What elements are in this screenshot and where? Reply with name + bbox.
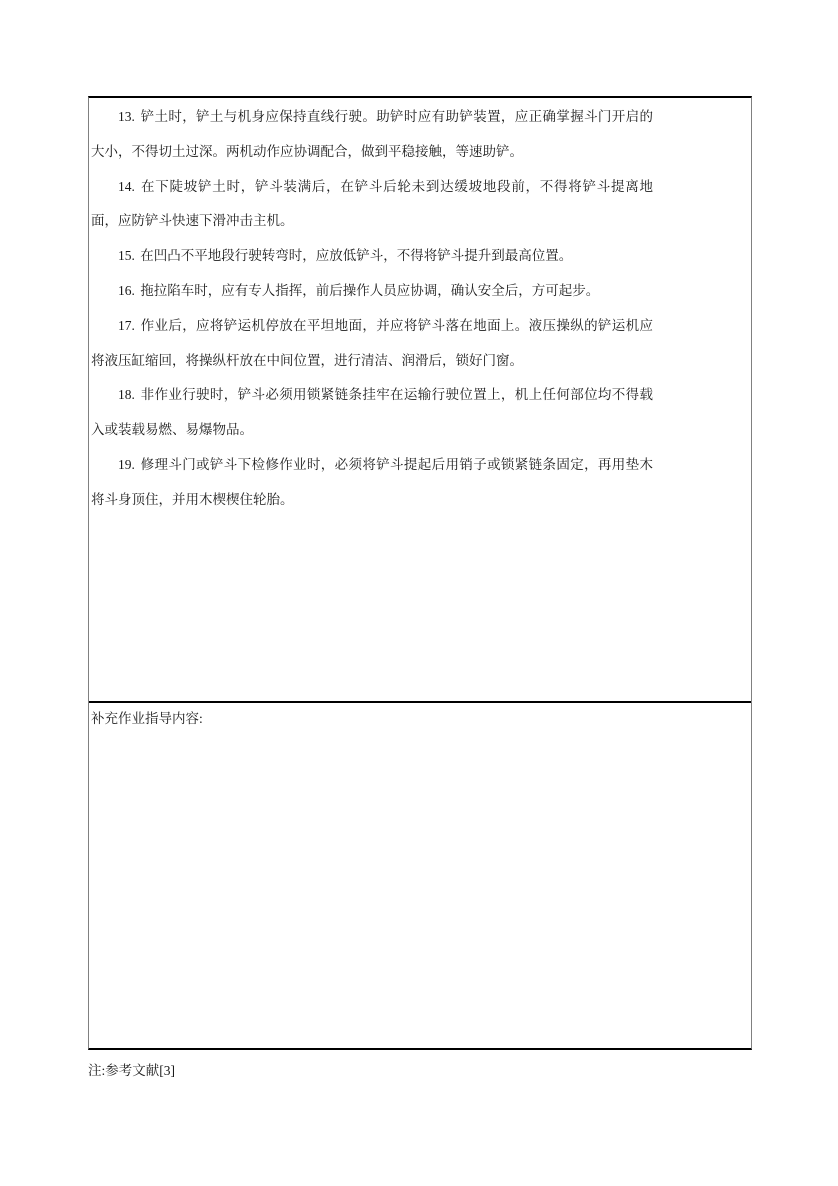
document-page: { "page": { "background": "#ffffff", "te… (0, 0, 838, 1186)
supplement-label: 补充作业指导内容: (91, 710, 749, 727)
footnote: 注:参考文献[3] (88, 1062, 175, 1079)
instruction-item-17: 17.作业后，应将铲运机停放在平坦地面，并应将铲斗落在地面上。液压操纵的铲运机应… (91, 309, 653, 379)
instruction-text: 修理斗门或铲斗下检修作业时，必须将铲斗提起后用销子或锁紧链条固定，再用垫木将斗身… (91, 457, 653, 507)
instruction-number: 14. (118, 179, 135, 194)
instruction-item-15: 15.在凹凸不平地段行驶转弯时，应放低铲斗，不得将铲斗提升到最高位置。 (91, 239, 653, 274)
instruction-text: 作业后，应将铲运机停放在平坦地面，并应将铲斗落在地面上。液压操纵的铲运机应将液压… (91, 318, 653, 368)
document-table: 13.铲土时，铲土与机身应保持直线行驶。助铲时应有助铲装置，应正确掌握斗门开启的… (88, 96, 752, 1050)
instruction-text: 在下陡坡铲土时，铲斗装满后，在铲斗后轮未到达缓坡地段前，不得将铲斗提离地面，应防… (91, 179, 653, 229)
instruction-number: 13. (118, 109, 135, 124)
instruction-item-18: 18.非作业行驶时，铲斗必须用锁紧链条挂牢在运输行驶位置上，机上任何部位均不得载… (91, 378, 653, 448)
instruction-item-19: 19.修理斗门或铲斗下检修作业时，必须将铲斗提起后用销子或锁紧链条固定，再用垫木… (91, 448, 653, 518)
instructions-cell: 13.铲土时，铲土与机身应保持直线行驶。助铲时应有助铲装置，应正确掌握斗门开启的… (89, 98, 751, 703)
supplement-cell: 补充作业指导内容: (89, 703, 751, 1048)
instruction-item-13: 13.铲土时，铲土与机身应保持直线行驶。助铲时应有助铲装置，应正确掌握斗门开启的… (91, 100, 653, 170)
instruction-text: 铲土时，铲土与机身应保持直线行驶。助铲时应有助铲装置，应正确掌握斗门开启的大小，… (91, 109, 653, 159)
instruction-number: 16. (118, 283, 135, 298)
instruction-text: 非作业行驶时，铲斗必须用锁紧链条挂牢在运输行驶位置上，机上任何部位均不得载入或装… (91, 387, 653, 437)
instruction-number: 19. (118, 457, 135, 472)
instruction-item-16: 16.拖拉陷车时，应有专人指挥，前后操作人员应协调，确认安全后，方可起步。 (91, 274, 653, 309)
instruction-number: 17. (118, 318, 135, 333)
instruction-number: 18. (118, 387, 135, 402)
instruction-number: 15. (118, 248, 135, 263)
instruction-text: 拖拉陷车时，应有专人指挥，前后操作人员应协调，确认安全后，方可起步。 (140, 283, 599, 298)
instruction-item-14: 14.在下陡坡铲土时，铲斗装满后，在铲斗后轮未到达缓坡地段前，不得将铲斗提离地面… (91, 170, 653, 240)
instruction-text: 在凹凸不平地段行驶转弯时，应放低铲斗，不得将铲斗提升到最高位置。 (140, 248, 572, 263)
